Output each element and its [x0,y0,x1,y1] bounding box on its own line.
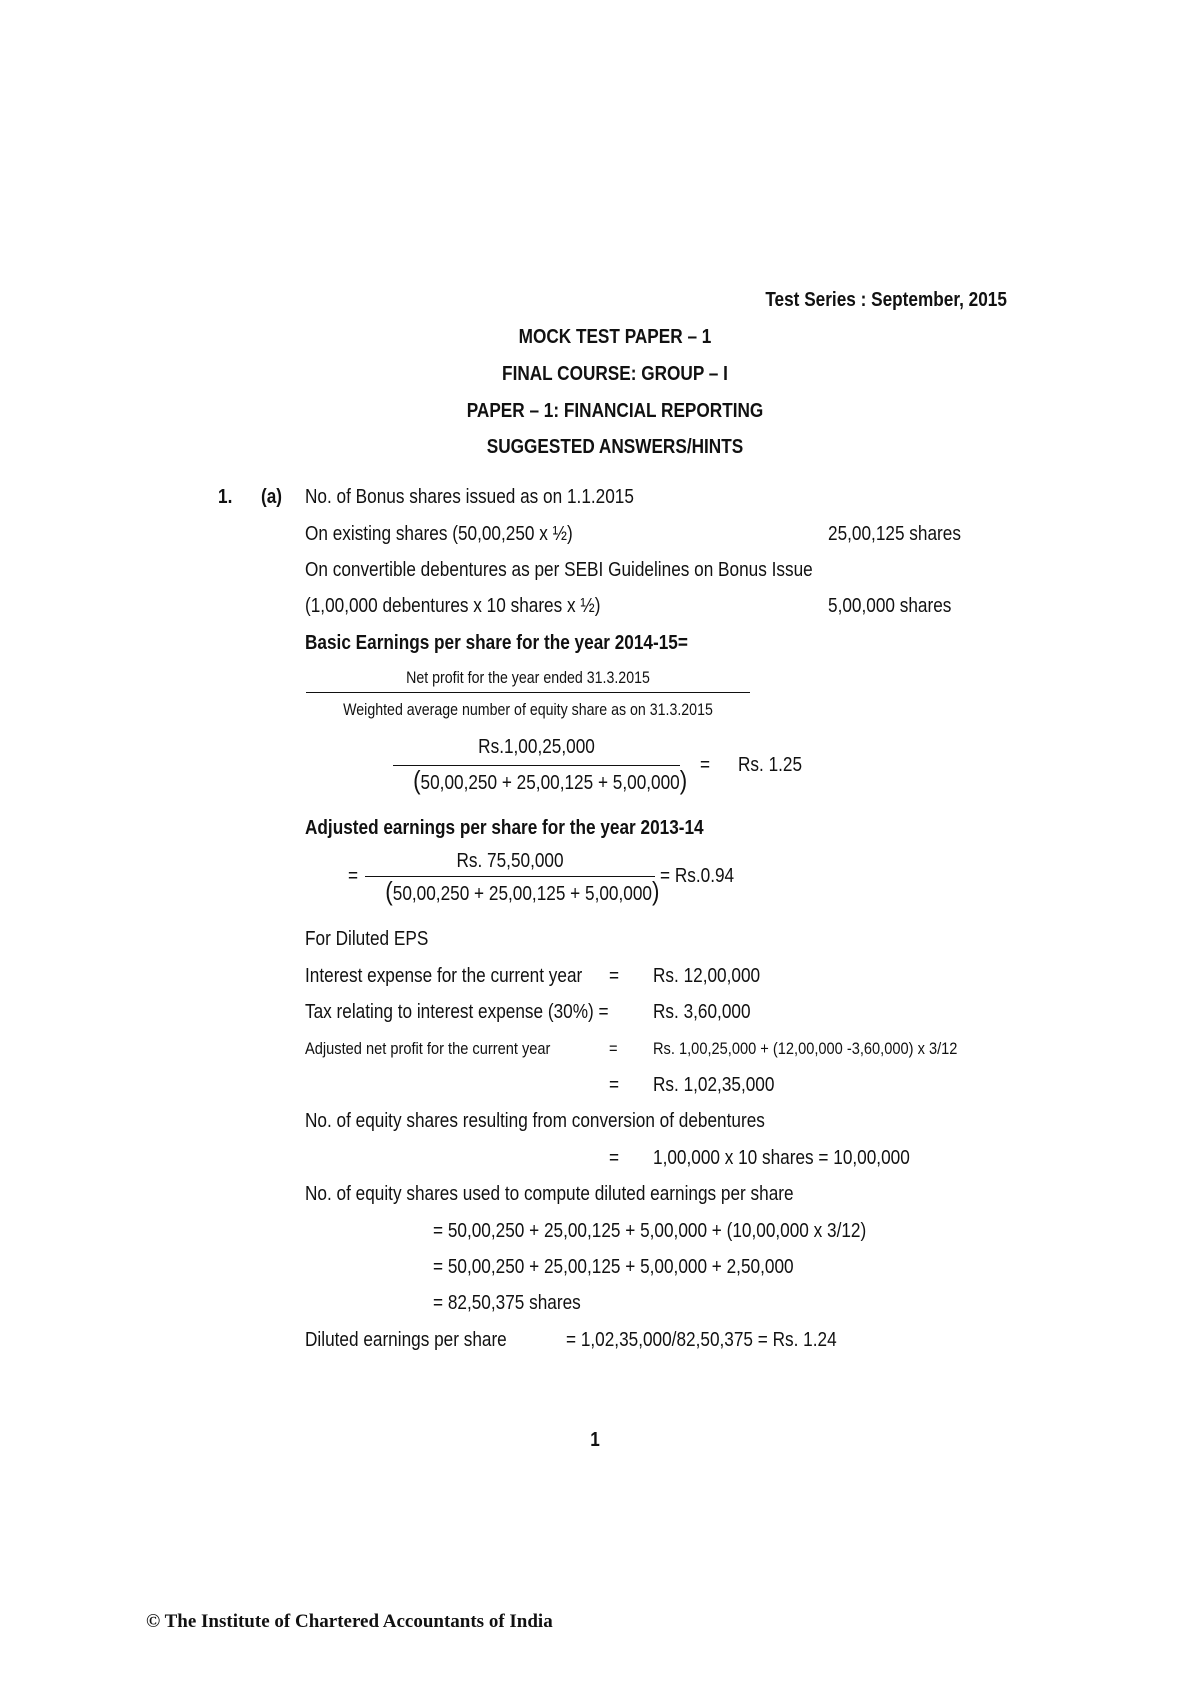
equals-sign: = [700,753,710,777]
title-paper: PAPER – 1: FINANCIAL REPORTING [426,399,804,423]
shares-step: = 50,00,250 + 25,00,125 + 5,00,000 + 2,5… [433,1255,794,1279]
bonus-row-value: 25,00,125 shares [828,522,961,546]
basic-eps-result: Rs. 1.25 [738,753,802,777]
formula-numerator: Net profit for the year ended 31.3.2015 [337,666,719,690]
denominator-text: 50,00,250 + 25,00,125 + 5,00,000 [421,772,680,794]
shares-step: = 82,50,375 shares [433,1291,581,1315]
diluted-row-label: Tax relating to interest expense (30%) = [305,1000,609,1024]
bonus-row-label: On convertible debentures as per SEBI Gu… [305,558,813,582]
diluted-row-eq: = [609,964,619,988]
copyright-footer: © The Institute of Chartered Accountants… [146,1611,553,1633]
bonus-row-value: 5,00,000 shares [828,594,951,618]
adjusted-eps-denominator: (50,00,250 + 25,00,125 + 5,00,000) [385,879,634,906]
diluted-row-label: Interest expense for the current year [305,964,582,988]
shares-step: = 50,00,250 + 25,00,125 + 5,00,000 + (10… [433,1219,866,1243]
fraction-bar [393,765,680,766]
diluted-eps-label: Diluted earnings per share [305,1328,507,1352]
bonus-row-label: (1,00,000 debentures x 10 shares x ½) [305,594,600,618]
basic-eps-denominator: (50,00,250 + 25,00,125 + 5,00,000) [413,768,660,795]
basic-eps-numerator: Rs.1,00,25,000 [413,735,660,759]
diluted-row-value: Rs. 3,60,000 [653,1000,751,1024]
diluted-heading: For Diluted EPS [305,927,428,951]
conversion-heading: No. of equity shares resulting from conv… [305,1109,765,1133]
basic-eps-heading: Basic Earnings per share for the year 20… [305,631,688,655]
page-number: 1 [569,1428,621,1452]
bonus-heading: No. of Bonus shares issued as on 1.1.201… [305,485,634,509]
fraction-bar [306,692,750,693]
diluted-row-value: Rs. 1,02,35,000 [653,1073,774,1097]
diluted-row-eq: = [609,1073,619,1097]
shares-heading: No. of equity shares used to compute dil… [305,1182,794,1206]
diluted-row-value: Rs. 1,00,25,000 + (12,00,000 -3,60,000) … [653,1037,957,1061]
adjusted-eps-heading: Adjusted earnings per share for the year… [305,816,704,840]
diluted-row-label: Adjusted net profit for the current year [305,1037,550,1061]
diluted-row-eq: = [609,1037,618,1061]
title-suggested-answers: SUGGESTED ANSWERS/HINTS [426,435,804,459]
title-final-course: FINAL COURSE: GROUP – I [426,362,804,386]
denominator-text: 50,00,250 + 25,00,125 + 5,00,000 [393,883,652,905]
test-series-label: Test Series : September, 2015 [765,288,1007,312]
diluted-eps-value: = 1,02,35,000/82,50,375 = Rs. 1.24 [566,1328,837,1352]
conversion-value: 1,00,000 x 10 shares = 10,00,000 [653,1146,910,1170]
title-mock-test: MOCK TEST PAPER – 1 [426,325,804,349]
question-number: 1. [218,485,232,509]
conversion-eq: = [609,1146,619,1170]
diluted-row-value: Rs. 12,00,000 [653,964,760,988]
adjusted-eps-numerator: Rs. 75,50,000 [385,849,634,873]
equals-sign: = [348,864,358,888]
bonus-row-label: On existing shares (50,00,250 x ½) [305,522,573,546]
question-part: (a) [261,485,282,509]
adjusted-eps-result: = Rs.0.94 [660,864,734,888]
formula-denominator: Weighted average number of equity share … [337,698,719,722]
fraction-bar [365,876,655,877]
